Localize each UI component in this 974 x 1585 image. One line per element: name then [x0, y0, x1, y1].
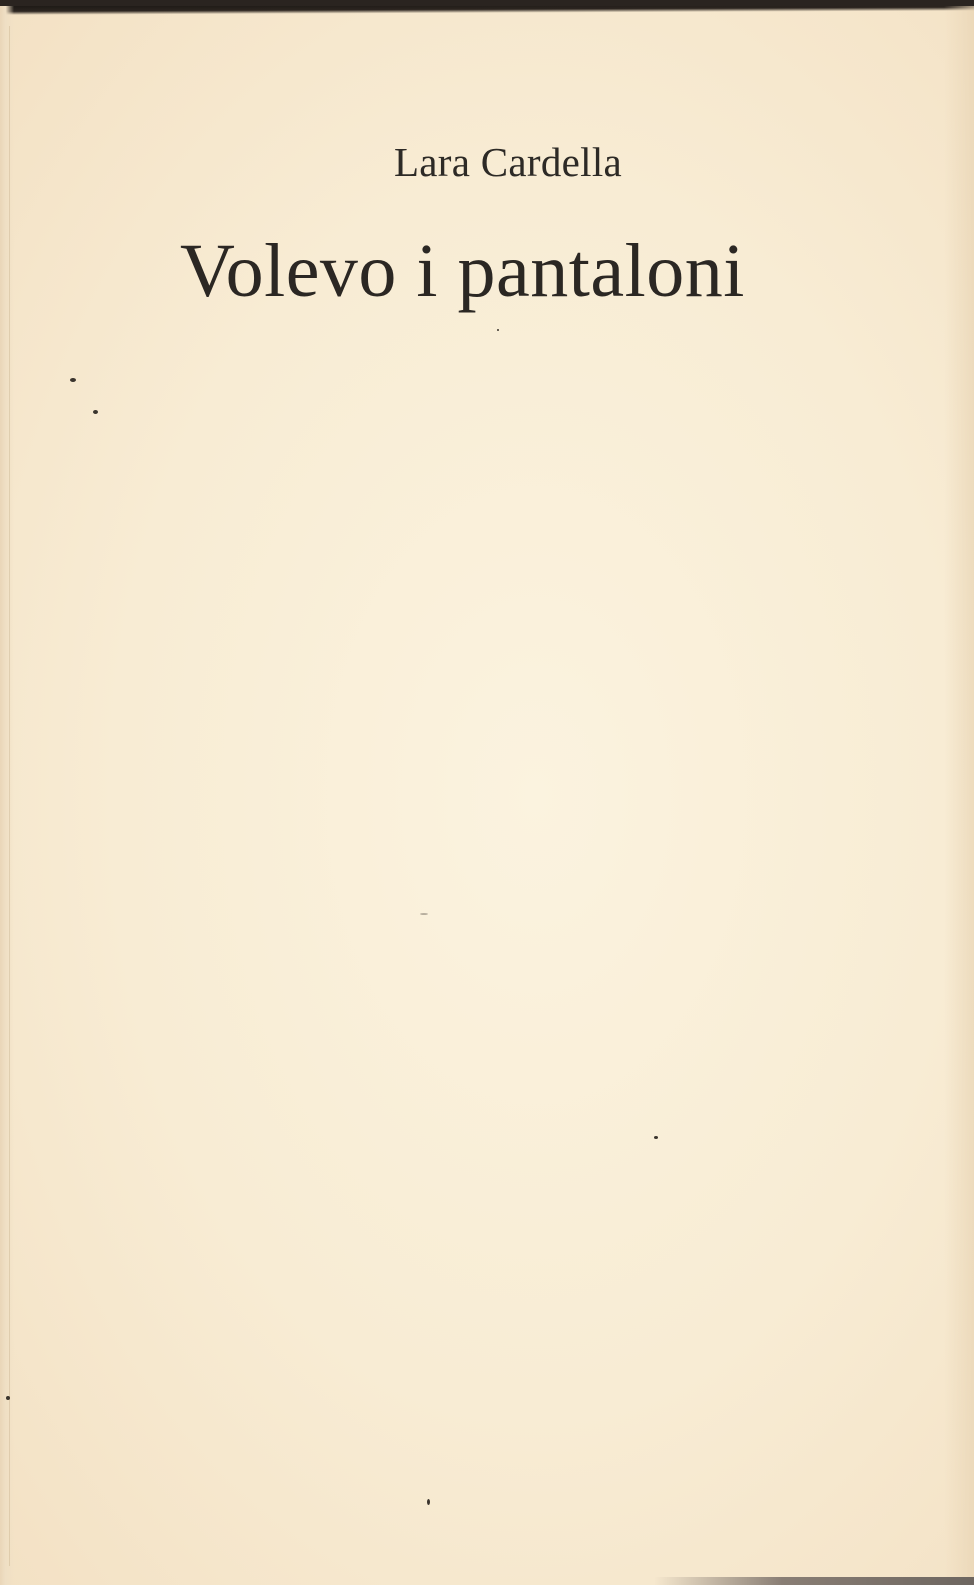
paper-speck [93, 410, 98, 414]
right-page-shade [944, 6, 974, 1585]
paper-speck [70, 378, 76, 382]
book-page: Lara Cardella Volevo i pantaloni [0, 6, 974, 1585]
paper-speck [427, 1499, 430, 1505]
book-title: Volevo i pantaloni [180, 228, 745, 315]
author-name: Lara Cardella [0, 138, 974, 186]
page-bottom-shadow [654, 1577, 974, 1585]
paper-speck [497, 329, 499, 331]
page-top-edge [0, 6, 974, 15]
binding-crease [9, 26, 10, 1566]
paper-speck [420, 913, 428, 915]
paper-speck [654, 1136, 658, 1139]
binding-edge [0, 6, 14, 1585]
paper-speck [6, 1396, 10, 1400]
